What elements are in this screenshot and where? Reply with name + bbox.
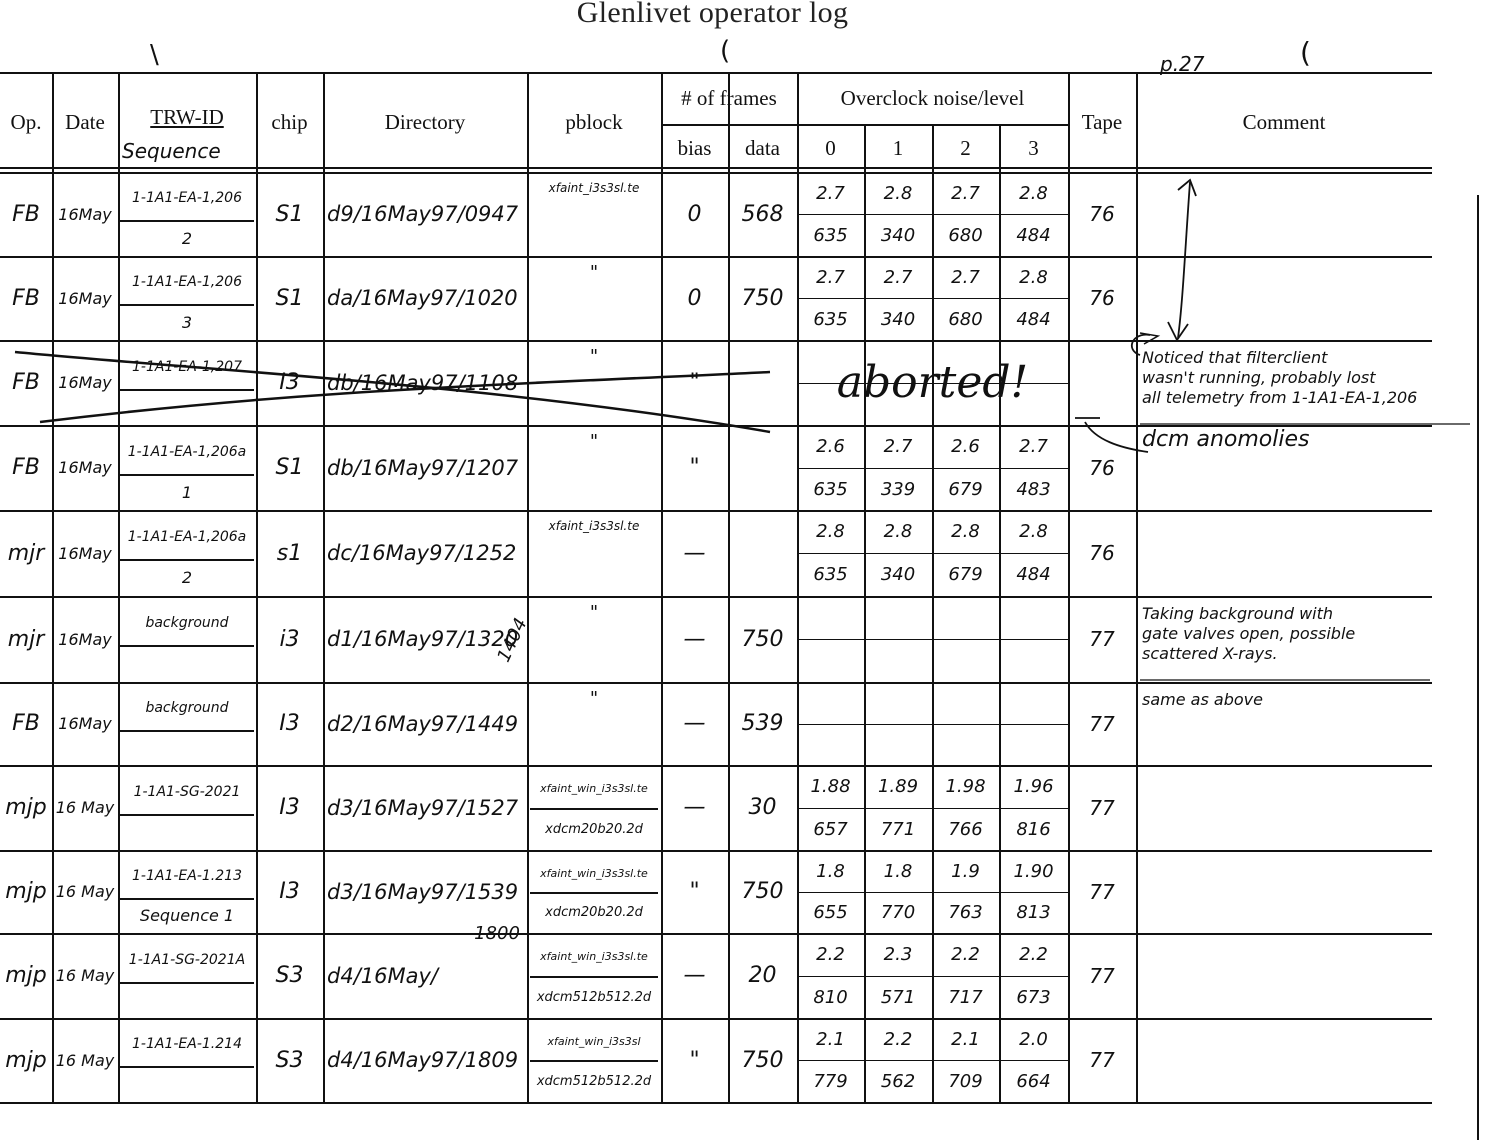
cell-op: mjr [0, 510, 52, 596]
cell-pblock: " [530, 258, 658, 286]
cell-noise-3: 2.8 [999, 172, 1068, 214]
cell-status-aborted: aborted! [797, 340, 1068, 425]
cell-noise-1: 2.7 [864, 256, 932, 298]
cell-sequence [118, 645, 256, 682]
cell-noise-0: 2.2 [797, 933, 864, 976]
cell-level-3: 483 [999, 468, 1068, 510]
cell-chip: i3 [256, 596, 323, 682]
cell-tape: 76 [1068, 510, 1136, 596]
cell-noise-2: 2.1 [932, 1018, 999, 1060]
cell-directory: db/16May97/1108 [327, 340, 527, 425]
cell-bias: — [661, 682, 728, 765]
cell-bias: " [661, 1018, 728, 1102]
cell-trw-id: 1-1A1-EA-1,206 [120, 176, 254, 222]
cell-data: 30 [728, 765, 797, 850]
cell-noise-0 [797, 682, 864, 724]
cell-directory: d4/16May97/1809 [327, 1018, 527, 1102]
cell-date: 16May [52, 682, 118, 765]
cell-data: 568 [728, 172, 797, 256]
cell-noise-0: 1.88 [797, 765, 864, 808]
cell-trw-id: 1-1A1-SG-2021A [120, 937, 254, 984]
cell-level-3 [999, 639, 1068, 682]
cell-pblock: " [530, 684, 658, 712]
cell-pblock-sub: xdcm512b512.2d [530, 976, 658, 1018]
cell-bias: " [661, 340, 728, 425]
cell-pblock: xfaint_win_i3s3sl.te [530, 937, 658, 978]
cell-noise-2: 1.98 [932, 765, 999, 808]
cell-pblock: " [530, 342, 658, 370]
header-tape: Tape [1068, 72, 1136, 172]
cell-pblock: xfaint_win_i3s3sl.te [530, 769, 658, 810]
cell-level-1: 340 [864, 214, 932, 256]
cell-level-0: 635 [797, 553, 864, 596]
cell-noise-3: 2.0 [999, 1018, 1068, 1060]
cell-data: 750 [728, 256, 797, 340]
cell-sequence [118, 389, 256, 425]
cell-noise-3: 2.2 [999, 933, 1068, 976]
cell-noise-1: 2.8 [864, 172, 932, 214]
cell-noise-3: 2.7 [999, 425, 1068, 468]
cell-chip: S3 [256, 1018, 323, 1102]
cell-noise-1: 2.8 [864, 510, 932, 553]
cell-sequence [118, 1066, 256, 1102]
cell-level-1: 339 [864, 468, 932, 510]
cell-tape: 77 [1068, 850, 1136, 933]
cell-trw-id: background [120, 686, 254, 732]
cell-op: FB [0, 256, 52, 340]
cell-noise-2: 2.8 [932, 510, 999, 553]
cell-level-3: 673 [999, 976, 1068, 1018]
cell-data [728, 510, 797, 596]
header-trw-id: TRW-ID [118, 100, 256, 134]
cell-level-2: 763 [932, 892, 999, 933]
cell-bias: — [661, 933, 728, 1018]
cell-chip: S3 [256, 933, 323, 1018]
cell-level-0: 655 [797, 892, 864, 933]
cell-noise-0: 2.1 [797, 1018, 864, 1060]
cell-noise-0: 2.7 [797, 256, 864, 298]
cell-sequence [118, 982, 256, 1018]
cell-data: 750 [728, 1018, 797, 1102]
margin-mark: ( [1300, 36, 1311, 69]
cell-noise-3 [999, 682, 1068, 724]
cell-chip: S1 [256, 256, 323, 340]
cell-date: 16May [52, 340, 118, 425]
cell-trw-id: 1-1A1-SG-2021 [120, 769, 254, 816]
cell-level-1: 562 [864, 1060, 932, 1102]
cell-chip: S1 [256, 425, 323, 510]
cell-noise-3: 1.96 [999, 765, 1068, 808]
cell-noise-2 [932, 596, 999, 639]
cell-directory-annotation: 1800 [467, 919, 527, 947]
cell-level-2: 680 [932, 298, 999, 340]
cell-level-1 [864, 724, 932, 765]
cell-data [728, 340, 797, 425]
cell-trw-id: 1-1A1-EA-1.213 [120, 854, 254, 900]
cell-noise-3: 1.90 [999, 850, 1068, 892]
cell-level-3: 664 [999, 1060, 1068, 1102]
header-chip: chip [256, 72, 323, 172]
cell-noise-0: 1.8 [797, 850, 864, 892]
cell-date: 16 May [52, 933, 118, 1018]
cell-tape [1068, 340, 1136, 425]
cell-bias: " [661, 850, 728, 933]
cell-level-0: 810 [797, 976, 864, 1018]
cell-date: 16 May [52, 765, 118, 850]
cell-level-1: 340 [864, 298, 932, 340]
cell-directory: d2/16May97/1449 [327, 682, 527, 765]
cell-bias: — [661, 596, 728, 682]
header-data: data [728, 124, 797, 172]
cell-noise-1: 2.3 [864, 933, 932, 976]
header-overclock-0: 0 [797, 124, 864, 172]
cell-noise-3 [999, 596, 1068, 639]
cell-comment: dcm anomolies [1142, 430, 1482, 510]
cell-sequence: 2 [118, 559, 256, 596]
cell-level-2: 679 [932, 468, 999, 510]
cell-directory: d3/16May97/1527 [327, 765, 527, 850]
cell-noise-1: 1.8 [864, 850, 932, 892]
cell-bias: — [661, 510, 728, 596]
cell-op: FB [0, 340, 52, 425]
grid-line [527, 72, 529, 1102]
cell-op: mjp [0, 1018, 52, 1102]
cell-comment: Taking background with gate valves open,… [1142, 604, 1482, 682]
header-bias: bias [661, 124, 728, 172]
cell-chip: S1 [256, 172, 323, 256]
cell-noise-1 [864, 596, 932, 639]
cell-level-0: 657 [797, 808, 864, 850]
cell-op: FB [0, 682, 52, 765]
cell-data: 750 [728, 596, 797, 682]
cell-noise-1: 2.7 [864, 425, 932, 468]
header-overclock: Overclock noise/level [797, 72, 1068, 124]
cell-level-1 [864, 639, 932, 682]
cell-tape: 77 [1068, 765, 1136, 850]
cell-trw-id: 1-1A1-EA-1,206a [120, 429, 254, 476]
cell-op: mjp [0, 850, 52, 933]
cell-level-3: 813 [999, 892, 1068, 933]
cell-chip: s1 [256, 510, 323, 596]
cell-noise-2: 1.9 [932, 850, 999, 892]
cell-level-2: 679 [932, 553, 999, 596]
cell-noise-2: 2.6 [932, 425, 999, 468]
grid-line [1136, 72, 1138, 1102]
header-op: Op. [0, 72, 52, 172]
cell-pblock: xfaint_win_i3s3sl [530, 1022, 658, 1062]
cell-directory: dc/16May97/1252 [327, 510, 527, 596]
cell-sequence [118, 730, 256, 765]
cell-level-0: 779 [797, 1060, 864, 1102]
cell-data: 539 [728, 682, 797, 765]
cell-directory: d9/16May97/0947 [327, 172, 527, 256]
grid-line [323, 72, 325, 1102]
cell-pblock-sub: xdcm512b512.2d [530, 1060, 658, 1102]
cell-pblock: xfaint_i3s3sl.te [530, 174, 658, 202]
cell-date: 16May [52, 510, 118, 596]
cell-noise-0 [797, 596, 864, 639]
cell-date: 16 May [52, 850, 118, 933]
cell-sequence: 1 [118, 474, 256, 510]
cell-chip: I3 [256, 765, 323, 850]
cell-pblock-sub: xdcm20b20.2d [530, 808, 658, 850]
cell-date: 16 May [52, 1018, 118, 1102]
cell-level-0: 635 [797, 214, 864, 256]
cell-level-1: 571 [864, 976, 932, 1018]
cell-noise-3: 2.8 [999, 510, 1068, 553]
cell-level-3: 816 [999, 808, 1068, 850]
page-title: Glenlivet operator log [0, 0, 1425, 30]
header-directory: Directory [323, 72, 527, 172]
cell-pblock: " [530, 598, 658, 626]
cell-op: mjp [0, 765, 52, 850]
header-overclock-1: 1 [864, 124, 932, 172]
cell-tape: 77 [1068, 933, 1136, 1018]
cell-noise-2: 2.7 [932, 256, 999, 298]
cell-sequence: 2 [118, 220, 256, 256]
header-date: Date [52, 72, 118, 172]
cell-level-3: 484 [999, 298, 1068, 340]
margin-mark: \ [150, 40, 159, 70]
cell-noise-2: 2.7 [932, 172, 999, 214]
cell-directory: da/16May97/1020 [327, 256, 527, 340]
cell-comment: Noticed that filterclient wasn't running… [1142, 348, 1482, 425]
cell-noise-0: 2.7 [797, 172, 864, 214]
cell-noise-2: 2.2 [932, 933, 999, 976]
cell-trw-id: 1-1A1-EA-1.214 [120, 1022, 254, 1068]
cell-pblock-sub: xdcm20b20.2d [530, 892, 658, 933]
cell-tape: 76 [1068, 256, 1136, 340]
cell-level-1: 770 [864, 892, 932, 933]
cell-bias: " [661, 425, 728, 510]
cell-tape: 77 [1068, 596, 1136, 682]
cell-date: 16May [52, 596, 118, 682]
grid-line [0, 1102, 1432, 1104]
cell-pblock: xfaint_i3s3sl.te [530, 512, 658, 540]
cell-level-2: 717 [932, 976, 999, 1018]
cell-level-0 [797, 639, 864, 682]
cell-level-2: 709 [932, 1060, 999, 1102]
cell-trw-id: 1-1A1-EA-1,206 [120, 260, 254, 306]
cell-trw-id: 1-1A1-EA-1,207 [120, 344, 254, 391]
cell-bias: — [661, 765, 728, 850]
cell-level-3: 484 [999, 553, 1068, 596]
cell-op: FB [0, 425, 52, 510]
cell-noise-2 [932, 682, 999, 724]
cell-level-3 [999, 724, 1068, 765]
cell-tape: 77 [1068, 682, 1136, 765]
header-frames: # of frames [661, 72, 797, 124]
cell-date: 16May [52, 256, 118, 340]
cell-data: 20 [728, 933, 797, 1018]
cell-directory: db/16May97/1207 [327, 425, 527, 510]
cell-level-1: 340 [864, 553, 932, 596]
cell-data: 750 [728, 850, 797, 933]
cell-level-0: 635 [797, 468, 864, 510]
cell-date: 16May [52, 172, 118, 256]
cell-level-2 [932, 639, 999, 682]
cell-trw-id: background [120, 600, 254, 647]
cell-pblock: xfaint_win_i3s3sl.te [530, 854, 658, 894]
cell-level-3: 484 [999, 214, 1068, 256]
cell-noise-1 [864, 682, 932, 724]
cell-op: FB [0, 172, 52, 256]
cell-noise-1: 2.2 [864, 1018, 932, 1060]
cell-op: mjp [0, 933, 52, 1018]
cell-chip: I3 [256, 850, 323, 933]
header-overclock-2: 2 [932, 124, 999, 172]
cell-noise-0: 2.6 [797, 425, 864, 468]
header-comment: Comment [1136, 72, 1432, 172]
cell-level-0: 635 [797, 298, 864, 340]
cell-data [728, 425, 797, 510]
cell-tape: 77 [1068, 1018, 1136, 1102]
cell-level-2 [932, 724, 999, 765]
cell-chip: I3 [256, 682, 323, 765]
arrow-icon [1178, 182, 1190, 338]
cell-chip: I3 [256, 340, 323, 425]
cell-comment: same as above [1142, 690, 1482, 765]
cell-sequence [118, 814, 256, 850]
cell-tape: 76 [1068, 172, 1136, 256]
header-pblock: pblock [527, 72, 661, 172]
cell-bias: 0 [661, 256, 728, 340]
cell-pblock: " [530, 427, 658, 455]
cell-level-1: 771 [864, 808, 932, 850]
cell-date: 16May [52, 425, 118, 510]
cell-level-2: 766 [932, 808, 999, 850]
cell-trw-id: 1-1A1-EA-1,206a [120, 514, 254, 561]
cell-level-0 [797, 724, 864, 765]
cell-sequence: 3 [118, 304, 256, 340]
cell-op: mjr [0, 596, 52, 682]
cell-noise-0: 2.8 [797, 510, 864, 553]
cell-sequence: Sequence 1 [118, 898, 256, 933]
cell-noise-1: 1.89 [864, 765, 932, 808]
cell-noise-3: 2.8 [999, 256, 1068, 298]
margin-mark: ( [720, 36, 730, 66]
cell-level-2: 680 [932, 214, 999, 256]
header-overclock-3: 3 [999, 124, 1068, 172]
cell-tape: 76 [1068, 425, 1136, 510]
header-sequence: Sequence [118, 134, 260, 168]
cell-bias: 0 [661, 172, 728, 256]
